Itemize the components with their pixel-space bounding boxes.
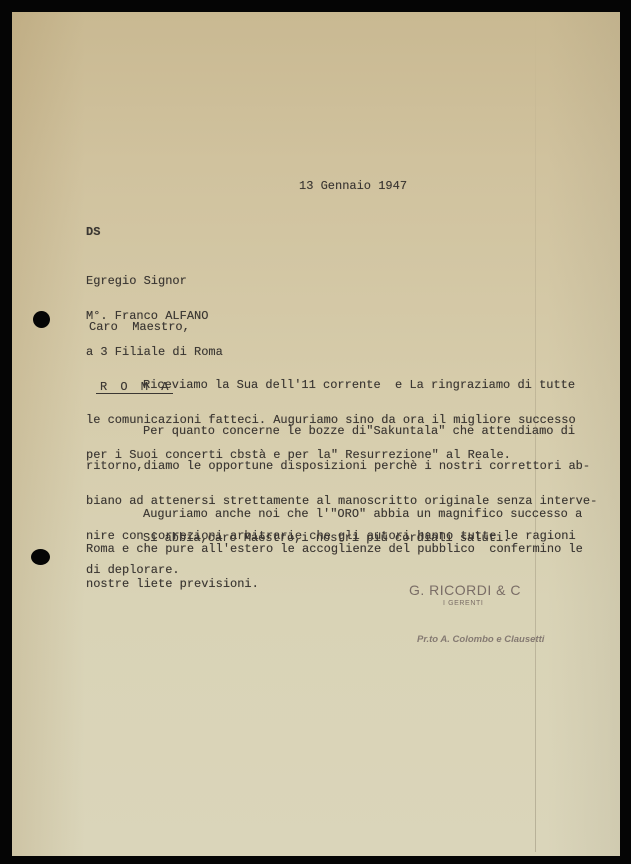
paragraph-line: Roma e che pure all'estero le accoglienz…	[86, 544, 583, 556]
address-salutation-line: Egregio Signor	[86, 276, 223, 288]
stamp-subtitle: I GERENTI	[443, 600, 483, 607]
paragraph-line: Riceviamo la Sua dell'11 corrente e La r…	[86, 380, 576, 392]
paragraph-line: Per quanto concerne le bozze di"Sakuntal…	[86, 426, 597, 438]
paragraph-line: ritorno,diamo le opportune disposizioni …	[86, 461, 597, 473]
letter-date: 13 Gennaio 1947	[299, 181, 407, 193]
stamp-signatories: Pr.to A. Colombo e Clausetti	[417, 634, 544, 645]
company-stamp: G. RICORDI & C	[409, 582, 521, 598]
paragraph-line: Auguriamo anche noi che l'"ORO" abbia un…	[86, 509, 583, 521]
letter-greeting: Caro Maestro,	[89, 322, 190, 334]
letter-closing: Si abbia,caro Maestro,i nostri più cordi…	[143, 533, 510, 545]
scanned-document: 13 Gennaio 1947 DS Egregio Signor M°. Fr…	[0, 0, 631, 864]
reference-initials: DS	[86, 227, 100, 239]
punch-hole-bottom	[31, 549, 50, 565]
punch-hole-top	[33, 311, 50, 328]
